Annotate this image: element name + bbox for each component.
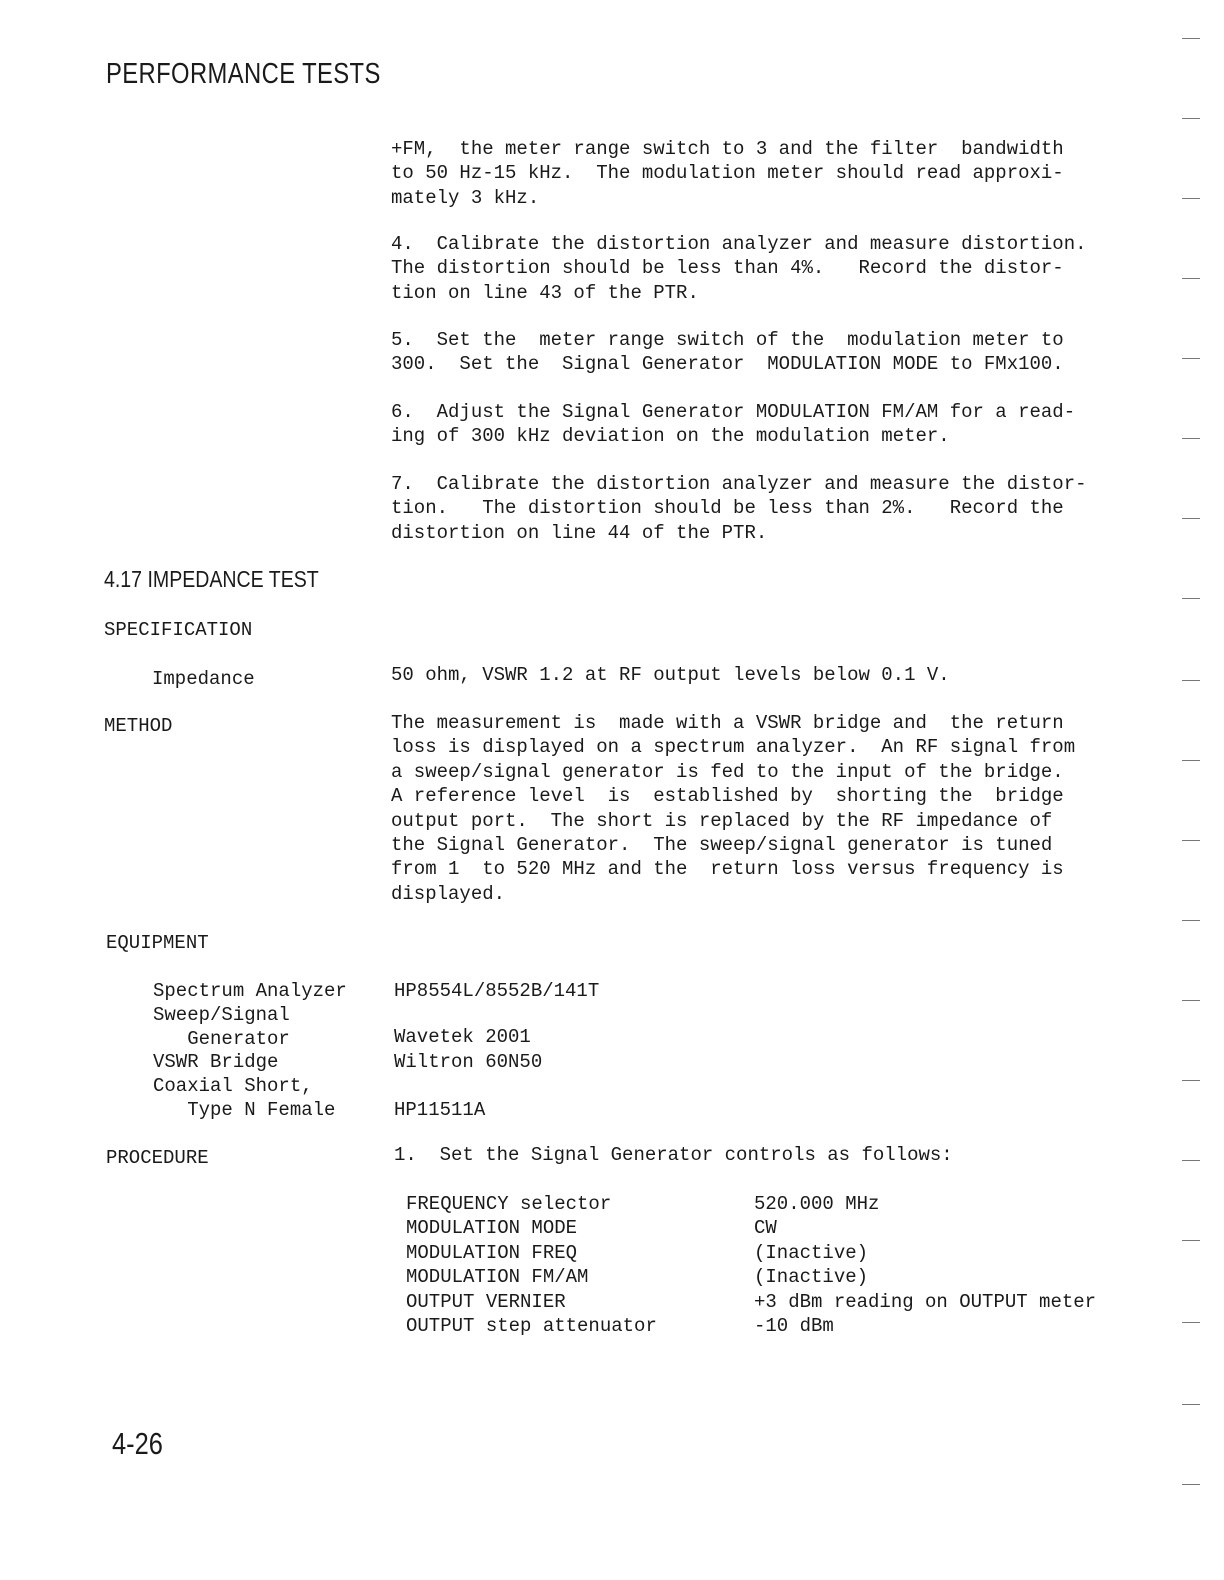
specification-label: SPECIFICATION bbox=[104, 618, 252, 642]
continuation-paragraph: +FM, the meter range switch to 3 and the… bbox=[391, 137, 1103, 210]
margin-tick bbox=[1182, 1160, 1200, 1161]
equipment-name: Coaxial Short, Type N Female bbox=[153, 1074, 335, 1123]
margin-tick bbox=[1182, 518, 1200, 519]
equipment-name: VSWR Bridge bbox=[153, 1050, 278, 1074]
text-line: mately 3 kHz. bbox=[391, 186, 1103, 210]
page-title: PERFORMANCE TESTS bbox=[106, 58, 381, 91]
margin-tick bbox=[1182, 118, 1200, 119]
text-line: 300. Set the Signal Generator MODULATION… bbox=[391, 352, 1103, 376]
margin-tick bbox=[1182, 840, 1200, 841]
step-6: 6. Adjust the Signal Generator MODULATIO… bbox=[391, 400, 1103, 449]
margin-tick bbox=[1182, 358, 1200, 359]
setting-value: 520.000 MHz bbox=[754, 1192, 1096, 1216]
margin-tick bbox=[1182, 1080, 1200, 1081]
text-line: displayed. bbox=[391, 882, 1103, 906]
setting-control: OUTPUT VERNIER bbox=[406, 1290, 754, 1314]
text-line: tion. The distortion should be less than… bbox=[391, 496, 1103, 520]
page-number: 4-26 bbox=[112, 1426, 163, 1462]
spec-item-value: 50 ohm, VSWR 1.2 at RF output levels bel… bbox=[391, 663, 950, 687]
margin-tick bbox=[1182, 1484, 1200, 1485]
equipment-model: Wavetek 2001 bbox=[394, 1025, 531, 1049]
text-line: the Signal Generator. The sweep/signal g… bbox=[391, 833, 1103, 857]
text-line: distortion on line 44 of the PTR. bbox=[391, 521, 1103, 545]
setting-value: -10 dBm bbox=[754, 1314, 1096, 1338]
margin-tick bbox=[1182, 760, 1200, 761]
step-4: 4. Calibrate the distortion analyzer and… bbox=[391, 232, 1103, 305]
margin-tick bbox=[1182, 680, 1200, 681]
setting-value: (Inactive) bbox=[754, 1241, 1096, 1265]
setting-value: +3 dBm reading on OUTPUT meter bbox=[754, 1290, 1096, 1314]
margin-tick bbox=[1182, 920, 1200, 921]
setting-value: (Inactive) bbox=[754, 1265, 1096, 1289]
equipment-name: Sweep/Signal Generator bbox=[153, 1003, 290, 1052]
text-line: 5. Set the meter range switch of the mod… bbox=[391, 328, 1103, 352]
setting-control: MODULATION MODE bbox=[406, 1216, 754, 1240]
section-heading: 4.17 IMPEDANCE TEST bbox=[104, 566, 319, 593]
text-line: A reference level is established by shor… bbox=[391, 784, 1103, 808]
margin-tick bbox=[1182, 1000, 1200, 1001]
setting-control: MODULATION FM/AM bbox=[406, 1265, 754, 1289]
step-7: 7. Calibrate the distortion analyzer and… bbox=[391, 472, 1103, 545]
text-line: The measurement is made with a VSWR brid… bbox=[391, 711, 1103, 735]
method-paragraph: The measurement is made with a VSWR brid… bbox=[391, 711, 1103, 906]
text-line: 6. Adjust the Signal Generator MODULATIO… bbox=[391, 400, 1103, 424]
setting-value: CW bbox=[754, 1216, 1096, 1240]
equipment-label: EQUIPMENT bbox=[106, 931, 209, 955]
setting-control: MODULATION FREQ bbox=[406, 1241, 754, 1265]
text-line: output port. The short is replaced by th… bbox=[391, 809, 1103, 833]
spec-item-label: Impedance bbox=[152, 667, 255, 691]
margin-tick bbox=[1182, 38, 1200, 39]
text-line: ing of 300 kHz deviation on the modulati… bbox=[391, 424, 1103, 448]
text-line: 7. Calibrate the distortion analyzer and… bbox=[391, 472, 1103, 496]
equipment-name: Spectrum Analyzer bbox=[153, 979, 347, 1003]
text-line: tion on line 43 of the PTR. bbox=[391, 281, 1103, 305]
setting-control: FREQUENCY selector bbox=[406, 1192, 754, 1216]
margin-tick bbox=[1182, 198, 1200, 199]
equipment-model: Wiltron 60N50 bbox=[394, 1050, 542, 1074]
text-line: The distortion should be less than 4%. R… bbox=[391, 256, 1103, 280]
equipment-model: HP11511A bbox=[394, 1098, 485, 1122]
margin-tick bbox=[1182, 278, 1200, 279]
text-line: to 50 Hz-15 kHz. The modulation meter sh… bbox=[391, 161, 1103, 185]
procedure-step-1: 1. Set the Signal Generator controls as … bbox=[394, 1143, 953, 1167]
text-line: from 1 to 520 MHz and the return loss ve… bbox=[391, 857, 1103, 881]
procedure-label: PROCEDURE bbox=[106, 1146, 209, 1170]
step-5: 5. Set the meter range switch of the mod… bbox=[391, 328, 1103, 377]
margin-tick bbox=[1182, 1240, 1200, 1241]
setting-control: OUTPUT step attenuator bbox=[406, 1314, 754, 1338]
margin-tick bbox=[1182, 1322, 1200, 1323]
method-label: METHOD bbox=[104, 714, 172, 738]
text-line: +FM, the meter range switch to 3 and the… bbox=[391, 137, 1103, 161]
text-line: 4. Calibrate the distortion analyzer and… bbox=[391, 232, 1103, 256]
margin-tick bbox=[1182, 1404, 1200, 1405]
margin-tick bbox=[1182, 598, 1200, 599]
margin-tick bbox=[1182, 438, 1200, 439]
text-line: a sweep/signal generator is fed to the i… bbox=[391, 760, 1103, 784]
equipment-model: HP8554L/8552B/141T bbox=[394, 979, 599, 1003]
text-line: loss is displayed on a spectrum analyzer… bbox=[391, 735, 1103, 759]
settings-table: FREQUENCY selector 520.000 MHz MODULATIO… bbox=[406, 1192, 1096, 1338]
